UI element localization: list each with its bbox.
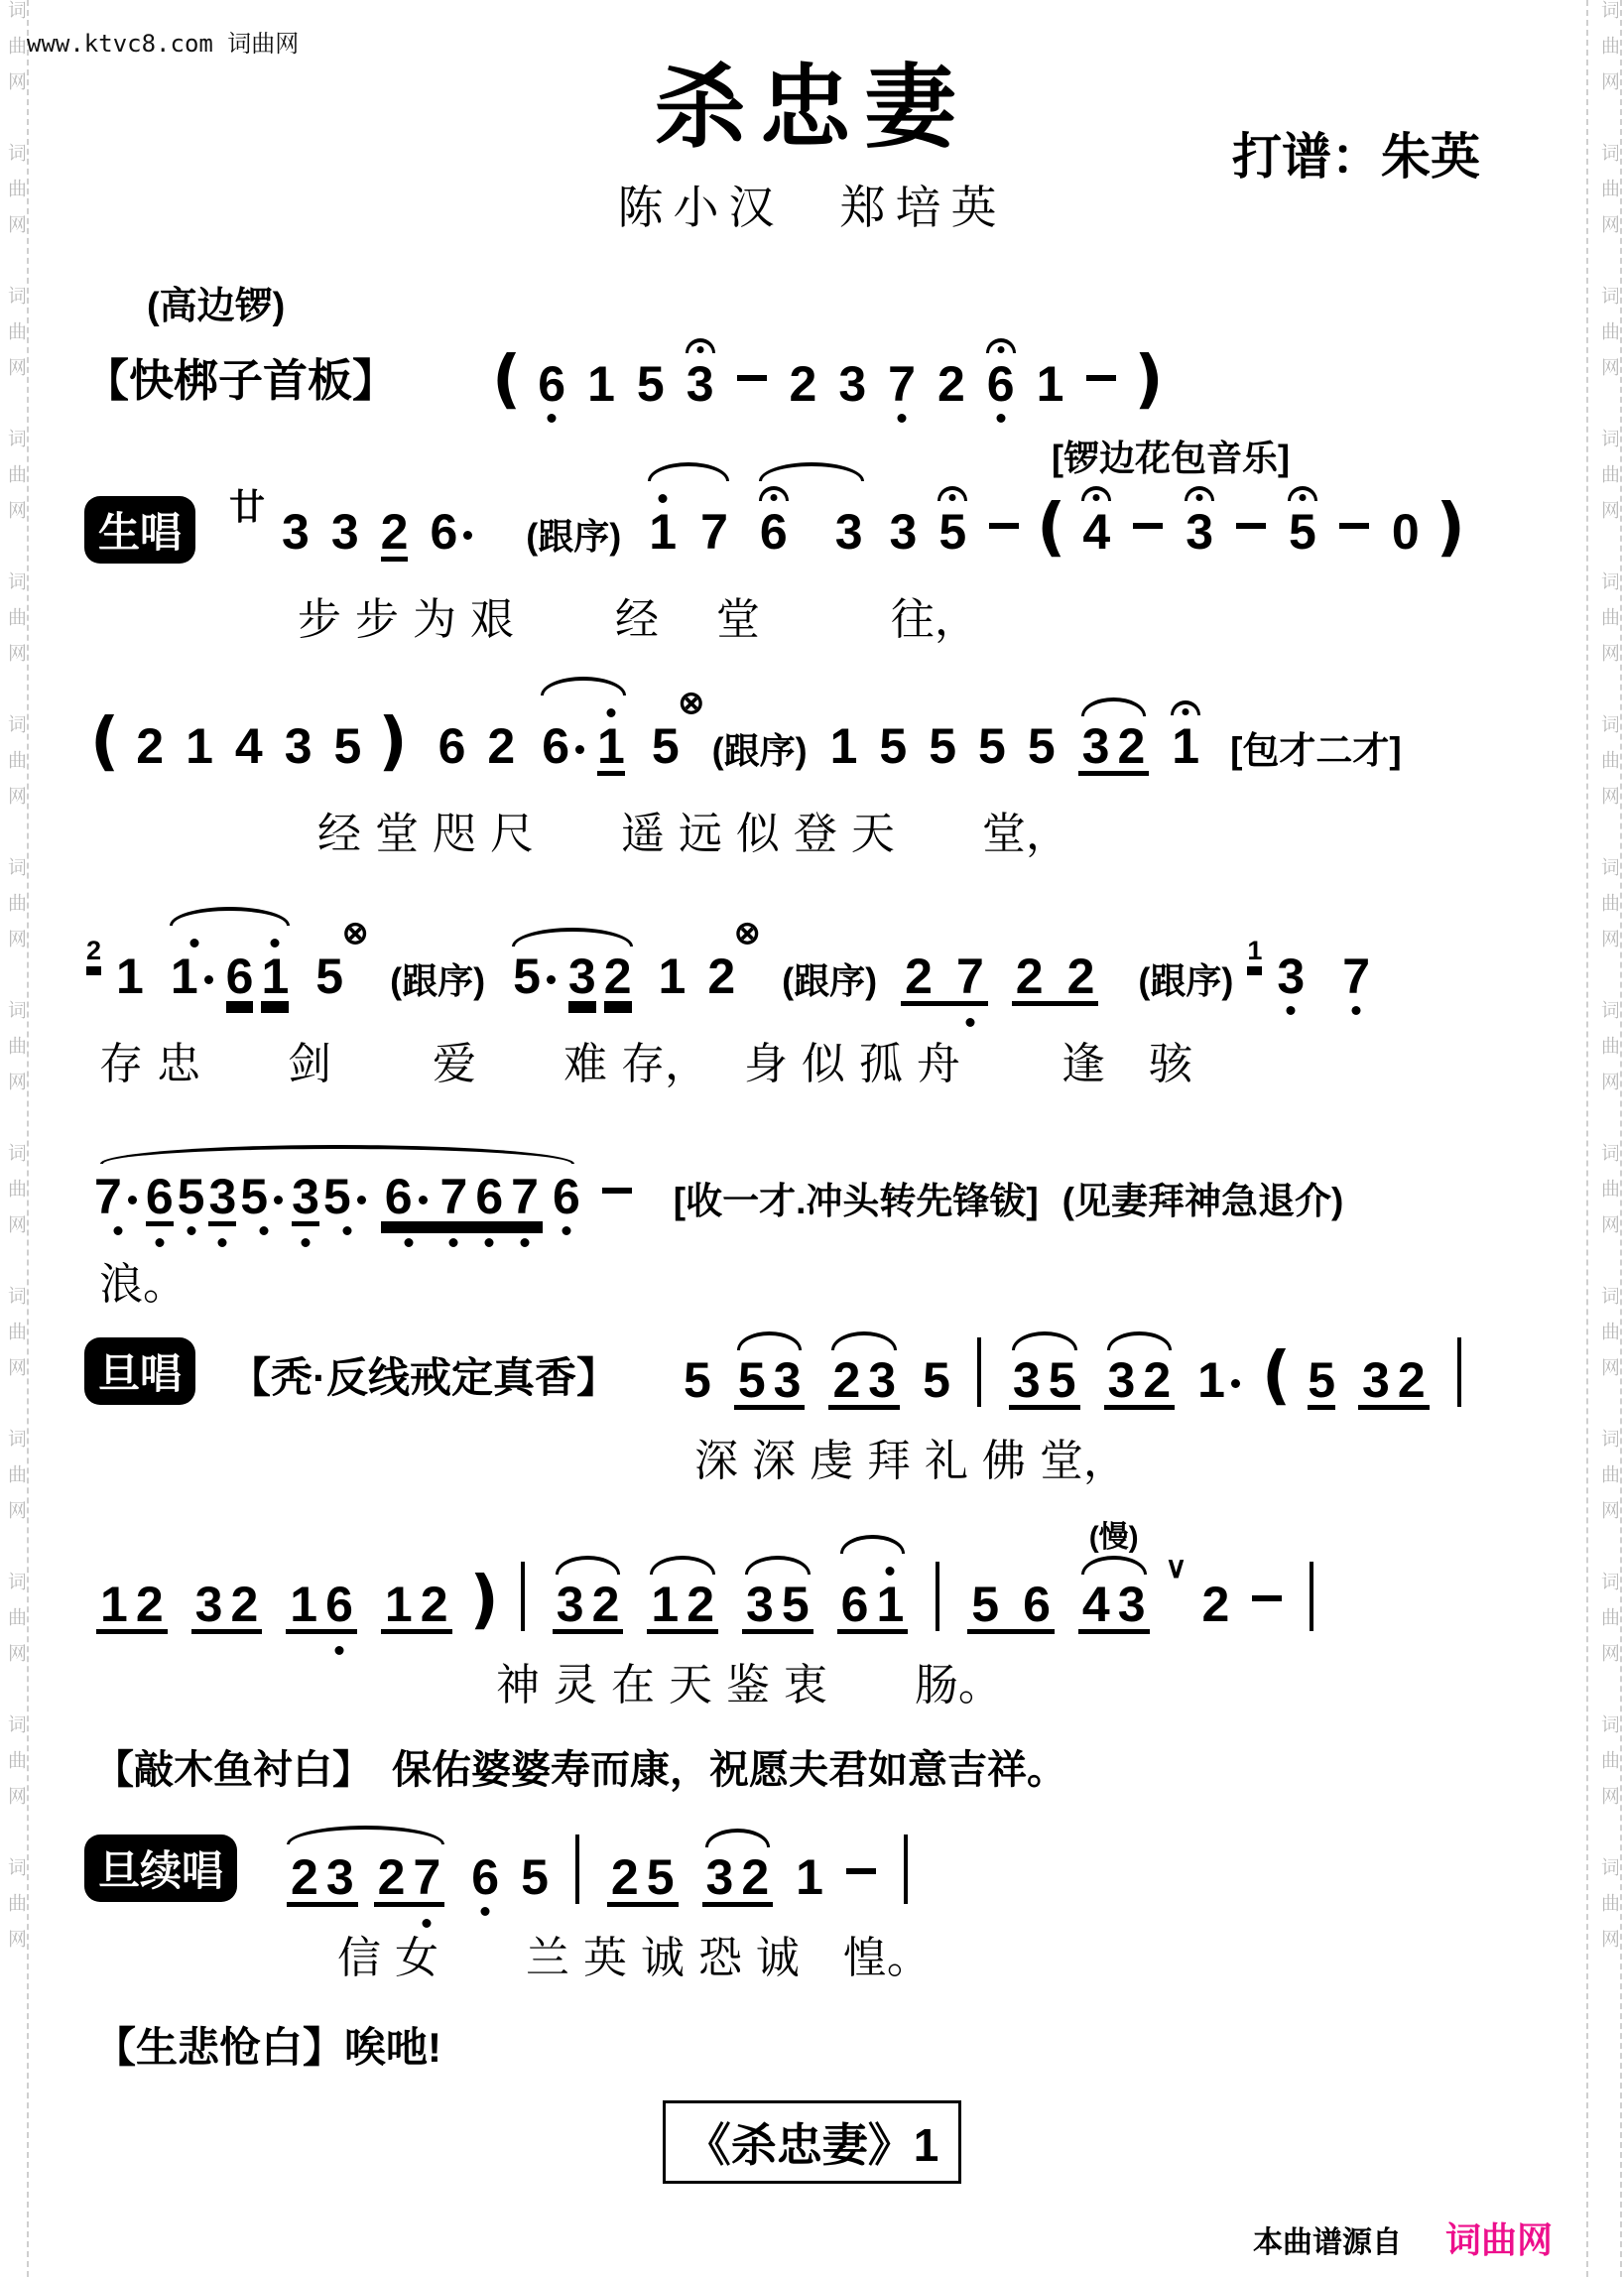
source-credit: 本曲谱源自词曲网 <box>1253 2213 1553 2263</box>
music-line: 旦续唱 23276525321 <box>0 1831 1624 1920</box>
note-number: 1 <box>597 721 625 771</box>
low-octave-dots <box>1287 1005 1296 1016</box>
group-row: 23 <box>828 1355 900 1405</box>
note-number-row: 3 <box>1186 507 1213 557</box>
note-number-row: 1 <box>876 1580 904 1629</box>
muyu-speech-line: 【敲木鱼衬白】 保佑婆婆寿而康，祝愿夫君如意吉祥。 <box>0 1738 1624 1795</box>
group-row: 61 <box>837 1580 909 1629</box>
note-number-row: 5 <box>1028 721 1056 771</box>
note-number: 2 <box>592 1580 620 1629</box>
group-row: 32 <box>1078 721 1150 771</box>
note-number-row: 1 <box>385 1580 413 1629</box>
group-row: 12 <box>96 1580 168 1629</box>
note-number: 1 <box>1172 721 1199 771</box>
note-number-row: 5 <box>178 1172 205 1221</box>
note-group: 32 <box>553 1580 624 1629</box>
note-number: 6 <box>475 1172 503 1221</box>
jianpu-note: 2 <box>1143 1355 1171 1405</box>
jianpu-note: 6 <box>471 1852 499 1902</box>
note-number-row: 7 <box>94 1172 142 1221</box>
credit-prefix: 本曲谱源自 <box>1253 2226 1402 2259</box>
high-octave-dots <box>606 707 615 718</box>
gong-label: (高边锣) <box>0 275 1624 329</box>
note-number-row: 3 <box>774 1355 802 1405</box>
jianpu-note: 1 <box>649 507 677 557</box>
note-number-row: 2 <box>1398 1355 1426 1405</box>
jianpu-note: 2 <box>741 1852 769 1902</box>
group-row: 35 <box>742 1580 813 1629</box>
percussion-label: (见妻拜神急退介) <box>1062 1171 1344 1224</box>
note-number-row: 2 <box>291 1852 318 1902</box>
group-row: 23 <box>287 1852 358 1902</box>
note-number-row: 4 <box>1082 507 1110 557</box>
notation-row: 21161⊗5(跟序)5321⊗2(跟序)2722(跟序)137 <box>84 951 1381 1008</box>
note-number-row: 3 <box>326 1852 354 1902</box>
octave-dot <box>155 1238 164 1247</box>
note-number-row: 7 <box>440 1172 468 1221</box>
fermata-icon <box>1081 486 1111 501</box>
note-number-row: 1 <box>651 1580 679 1629</box>
octave-dot <box>481 1907 490 1916</box>
group-row: 32 <box>553 1580 624 1629</box>
jianpu-note: 1 <box>1037 359 1064 409</box>
slur <box>648 462 729 481</box>
note-number-row: 2 <box>230 1580 258 1629</box>
note-number: 5 <box>938 507 966 557</box>
note-number: 1 <box>796 1852 823 1902</box>
note-number: 5 <box>738 1355 766 1405</box>
note-number: 2 <box>905 951 933 1001</box>
note-group: 63 <box>756 507 867 557</box>
parenthesis: ) <box>378 714 407 772</box>
jianpu-note: 3 <box>835 507 863 557</box>
note-number-row: 5 <box>684 1355 711 1405</box>
slur <box>737 1331 803 1350</box>
note-number-row: 5 <box>1289 507 1316 557</box>
note-group: 532 <box>509 951 635 1001</box>
lyrics-line: 步 步 为 艰 经 堂 往， <box>0 583 1624 647</box>
jianpu-note: 1 <box>290 1580 317 1629</box>
low-octave-dots <box>423 1918 432 1929</box>
note-number-row: 4 <box>235 721 263 771</box>
low-octave-dots <box>187 1225 195 1236</box>
note-ornaments <box>986 338 1016 356</box>
group-row: 161 <box>167 951 293 1001</box>
octave-dot <box>886 1567 895 1576</box>
jianpu-note: 1 <box>171 951 218 1001</box>
note-number-row: 2 <box>832 1355 860 1405</box>
note-number-row: 1 <box>290 1580 317 1629</box>
note-number-row: 2 <box>136 1580 164 1629</box>
note-group: 32 <box>1358 1355 1430 1405</box>
note-number: 2 <box>741 1852 769 1902</box>
note-number: 2 <box>136 721 164 771</box>
note-number-row: 2 <box>1067 951 1095 1001</box>
octave-dot <box>548 414 557 423</box>
jianpu-note: 1 <box>830 721 858 771</box>
jianpu-note: 6 <box>430 507 477 557</box>
note-number: 1 <box>649 507 677 557</box>
note-number: 3 <box>208 1172 236 1221</box>
parenthesis: ( <box>1262 1348 1291 1406</box>
octave-dot <box>965 1018 974 1027</box>
slur-span: 2327 <box>279 1852 452 1902</box>
jianpu-note: 1 <box>385 1580 413 1629</box>
low-octave-dots <box>485 1237 494 1248</box>
low-octave-dots <box>218 1237 227 1248</box>
note-ornaments <box>1081 486 1111 504</box>
sheng-speech-line: 【生悲怆白】唉吔! <box>0 2015 1624 2075</box>
note-number: 1 <box>587 359 615 409</box>
note-ornaments <box>271 938 280 949</box>
note-number-row: 6 <box>553 1172 580 1221</box>
high-octave-dots <box>189 938 198 949</box>
note-number-row: 3 <box>687 359 714 409</box>
jianpu-note: 6 <box>475 1172 503 1221</box>
jianpu-note: 6 <box>760 507 788 557</box>
note-number: 6 <box>987 359 1015 409</box>
note-number: 5 <box>923 1355 950 1405</box>
arranger-credit: 打谱：朱英 <box>1232 117 1480 189</box>
group-row: 32 <box>191 1580 263 1629</box>
note-number: 5 <box>240 1172 268 1221</box>
group-row: 17 <box>645 507 732 557</box>
barline <box>936 1562 939 1631</box>
augmentation-dot <box>419 1196 428 1204</box>
lyrics-line: 信 女 兰 英 诚 恐 诚 惶。 <box>0 1922 1624 1985</box>
note-number: 3 <box>835 507 863 557</box>
low-octave-dots <box>260 1225 269 1236</box>
jianpu-note: 2 <box>1016 951 1044 1001</box>
octave-dot <box>189 939 198 948</box>
octave-dot <box>404 1238 413 1247</box>
note-number-row: 1 <box>1037 359 1064 409</box>
jianpu-note: 3 <box>557 1580 584 1629</box>
jianpu-note: 3 <box>868 1355 896 1405</box>
note-number-row: 6 <box>471 1852 499 1902</box>
jianpu-note: 7 <box>440 1172 468 1221</box>
note-number: 2 <box>1201 1580 1229 1629</box>
augmentation-dot <box>1231 1379 1240 1388</box>
note-group: 61 <box>837 1580 909 1629</box>
slur <box>759 462 864 481</box>
note-number: 3 <box>868 1355 896 1405</box>
note-number: 3 <box>331 507 359 557</box>
note-number-row: 1 <box>649 507 677 557</box>
parenthesis: ( <box>90 714 119 772</box>
note-number: 6 <box>226 951 254 1001</box>
note-number: 3 <box>1108 1355 1136 1405</box>
lyrics-line: 经 堂 咫 尺 遥 远 似 登 天 堂， <box>0 798 1624 861</box>
jianpu-note: 6 <box>538 359 565 409</box>
augmentation-dot <box>128 1196 137 1204</box>
lyrics-line: 深 深 虔 拜 礼 佛 堂， <box>0 1425 1624 1488</box>
jianpu-note: 2 <box>937 359 965 409</box>
note-number: 1 <box>171 951 198 1001</box>
group-row: 12 <box>381 1580 452 1629</box>
augmentation-dot <box>357 1196 366 1204</box>
note-number: 5 <box>323 1172 351 1221</box>
group-row: 532 <box>509 951 635 1001</box>
note-number-row: 6 <box>841 1580 869 1629</box>
note-number-row: 5 <box>521 1852 549 1902</box>
note-number-row: 1 <box>659 951 687 1001</box>
jianpu-note: 1 <box>1172 721 1199 771</box>
note-number-row: 2 <box>381 507 409 557</box>
follow-sequence-label: (跟序) <box>712 723 808 774</box>
jianpu-note: 2 <box>378 1852 406 1902</box>
low-octave-dots <box>449 1237 458 1248</box>
role-badge-sheng: 生唱 <box>84 496 195 564</box>
note-number-row: 3 <box>568 951 596 1001</box>
note-group: 23 <box>287 1852 358 1902</box>
jianpu-note: 6 <box>438 721 466 771</box>
octave-dot <box>996 414 1005 423</box>
note-number: 3 <box>282 507 310 557</box>
slur <box>1012 1331 1077 1350</box>
jianpu-note: 5 <box>1289 507 1316 557</box>
jianpu-note: 5 <box>240 1172 288 1221</box>
site-watermark: www.ktvc8.com 词曲网 <box>27 24 299 59</box>
note-number-row: 5 <box>323 1172 371 1221</box>
barline <box>1310 1562 1313 1631</box>
octave-dot <box>1352 1006 1361 1015</box>
jianpu-note: 6 <box>1023 1580 1051 1629</box>
jianpu-note: 1 <box>876 1580 904 1629</box>
jianpu-note: 6 <box>553 1172 580 1221</box>
slur <box>287 1826 444 1844</box>
note-number-row: 5 <box>637 359 665 409</box>
note-number: 6 <box>325 1580 353 1629</box>
slur <box>170 907 290 926</box>
jianpu-note: 1 <box>186 721 213 771</box>
note-number: 5 <box>684 1355 711 1405</box>
note-number-row: 1 <box>186 721 213 771</box>
jianpu-note: 2 <box>611 1852 639 1902</box>
low-octave-dots <box>301 1237 310 1248</box>
note-number-row: 6 <box>325 1580 353 1629</box>
note-number-row: 1 <box>796 1852 823 1902</box>
note-number: 3 <box>292 1172 319 1221</box>
note-number: 5 <box>978 721 1006 771</box>
note-number-row: 6 <box>1023 1580 1051 1629</box>
group-row: 27 <box>374 1852 445 1902</box>
note-number-row: 6 <box>438 721 466 771</box>
jianpu-note: 3 <box>208 1172 236 1221</box>
jianpu-note: 3 <box>292 1172 319 1221</box>
music-line: 【快梆子首板】 (6153237261) <box>0 337 1624 427</box>
parenthesis: ( <box>1037 500 1065 558</box>
note-number-row: 6 <box>430 507 477 557</box>
octave-dot <box>898 414 907 423</box>
high-octave-dots <box>659 493 668 504</box>
jianpu-note: 5 <box>323 1172 371 1221</box>
note-number: 5 <box>637 359 665 409</box>
note-number-row: 2 <box>1143 1355 1171 1405</box>
brand-name: 词曲网 <box>1445 2219 1553 2260</box>
jianpu-note: 2 <box>592 1580 620 1629</box>
follow-sequence-label: (跟序) <box>1138 953 1233 1004</box>
note-number-row: 3 <box>282 507 310 557</box>
jianpu-note: 3 <box>1118 1580 1146 1629</box>
note-number-row: 1 <box>261 951 289 1001</box>
lyrics-line: 神 灵 在 天 鉴 衷 肠。 <box>0 1649 1624 1712</box>
octave-dot <box>271 939 280 948</box>
barline <box>575 1834 579 1904</box>
note-group: 25 <box>607 1852 679 1902</box>
low-octave-dots <box>1352 1005 1361 1016</box>
notation-row: 廿3326(跟序)176335(4350) <box>229 500 1471 564</box>
note-number-row: 2 <box>937 359 965 409</box>
page-number-box: 《杀忠妻》1 <box>663 2100 962 2184</box>
fermata-icon <box>686 338 715 353</box>
jianpu-note: 1 <box>116 951 144 1001</box>
jianpu-note: 3 <box>687 359 714 409</box>
jianpu-note: 5 <box>178 1172 205 1221</box>
high-octave-dots <box>886 1566 895 1577</box>
note-group: 23 <box>828 1355 900 1405</box>
notation-row: 55323535321(532 <box>673 1337 1477 1406</box>
note-number-row: 3 <box>835 507 863 557</box>
note-group: 161 <box>167 951 293 1001</box>
note-number-row: 5 <box>971 1580 999 1629</box>
note-number-row: 1 <box>597 721 625 771</box>
octave-dot <box>562 1226 570 1235</box>
jianpu-note: 2 <box>1117 721 1145 771</box>
note-group: 32 <box>191 1580 263 1629</box>
note-number-row: 5 <box>782 1580 810 1629</box>
note-number: 2 <box>604 951 632 1001</box>
jianpu-note: 5 <box>978 721 1006 771</box>
jianpu-note: 1 <box>1197 1355 1245 1405</box>
low-octave-dots <box>965 1017 974 1028</box>
group-row: 16 <box>286 1580 357 1629</box>
note-number-row: 2 <box>592 1580 620 1629</box>
music-line: 21161⊗5(跟序)5321⊗2(跟序)2722(跟序)137 <box>0 937 1624 1026</box>
note-number: 7 <box>413 1852 440 1902</box>
jianpu-note: 0 <box>1392 507 1420 557</box>
note-number: 2 <box>378 1852 406 1902</box>
footer: 《杀忠妻》1 <box>0 2100 1624 2184</box>
note-number: 3 <box>557 1580 584 1629</box>
note-ornaments: ⊗ <box>316 917 343 949</box>
group-row: 25 <box>607 1852 679 1902</box>
note-number-row: 3 <box>285 721 312 771</box>
note-number: 4 <box>1082 1580 1110 1629</box>
jianpu-note: 4 <box>1082 507 1110 557</box>
jianpu-note: 7 <box>1342 951 1370 1001</box>
jianpu-note: 2 <box>381 507 409 557</box>
note-number: 3 <box>568 951 596 1001</box>
note-ornaments <box>686 338 715 356</box>
note-number: 2 <box>487 721 515 771</box>
jianpu-note: 4 <box>1082 1580 1110 1629</box>
slur <box>541 677 626 696</box>
jianpu-note: 5 <box>923 1355 950 1405</box>
note-group: 6767 <box>381 1172 543 1221</box>
note-number-row: 2 <box>378 1852 406 1902</box>
augmentation-dot <box>547 975 556 984</box>
jianpu-note: 6 <box>542 721 589 771</box>
note-ornaments <box>606 707 615 718</box>
note-number-row: 3 <box>292 1172 319 1221</box>
jianpu-note: 7 <box>956 951 984 1001</box>
note-ornaments <box>937 486 967 504</box>
jianpu-note: 3 <box>1013 1355 1041 1405</box>
note-number-row: 0 <box>1392 507 1420 557</box>
note-group: 32 <box>1078 721 1150 771</box>
jianpu-note: 5 <box>929 721 956 771</box>
circle-x-beat-icon: ⊗ <box>342 917 369 949</box>
group-row: 63 <box>756 507 867 557</box>
jianpu-note: 5 <box>334 721 362 771</box>
low-octave-dots <box>562 1225 570 1236</box>
note-number-row: 3 <box>195 1580 223 1629</box>
note-number: 2 <box>790 359 817 409</box>
note-number: 6 <box>430 507 457 557</box>
follow-sequence-label: (跟序) <box>390 953 485 1004</box>
group-row: 35 <box>1009 1355 1080 1405</box>
note-group: 12 <box>96 1580 168 1629</box>
note-group: 12 <box>381 1580 452 1629</box>
octave-dot <box>1287 1006 1296 1015</box>
octave-dot <box>485 1238 494 1247</box>
jianpu-note: 3 <box>838 359 866 409</box>
note-number-row: 2 <box>707 951 735 1001</box>
jianpu-note: 2 <box>421 1580 448 1629</box>
note-number-row: 5 <box>647 1852 675 1902</box>
note-number-row: 5 <box>1308 1355 1335 1405</box>
jianpu-note: 5 <box>684 1355 711 1405</box>
note-number: 5 <box>1049 1355 1076 1405</box>
note-number: 3 <box>326 1852 354 1902</box>
jianpu-note: 7 <box>94 1172 142 1221</box>
fermata-icon <box>759 486 789 501</box>
dash-note <box>1086 375 1116 381</box>
note-number: 1 <box>385 1580 413 1629</box>
note-number-row: 6 <box>542 721 589 771</box>
note-number-row: 2 <box>687 1580 714 1629</box>
note-number: 2 <box>1117 721 1145 771</box>
note-number: 3 <box>1118 1580 1146 1629</box>
note-number: 5 <box>652 721 680 771</box>
jianpu-note: 3 <box>568 951 596 1001</box>
jianpu-note: 5 <box>1028 721 1056 771</box>
octave-dot <box>334 1646 343 1655</box>
jianpu-note: ⊗2 <box>707 951 735 1001</box>
jianpu-note: 2 <box>905 951 933 1001</box>
group-row: 32 <box>702 1852 774 1902</box>
note-number: 3 <box>1082 721 1110 771</box>
note-number: 1 <box>100 1580 128 1629</box>
octave-dot <box>606 708 615 717</box>
slur <box>745 1556 811 1575</box>
note-number-row: 5 <box>1049 1355 1076 1405</box>
slur <box>705 1829 771 1847</box>
music-line: 12321612)3212356156(慢)43∨2 <box>0 1558 1624 1647</box>
note-group: 61 <box>538 721 629 771</box>
note-number: 1 <box>830 721 858 771</box>
note-number: 6 <box>385 1172 413 1221</box>
note-ornaments <box>1185 486 1214 504</box>
note-number: 1 <box>651 1580 679 1629</box>
augmentation-dot <box>274 1196 283 1204</box>
note-group: 32 <box>1104 1355 1176 1405</box>
note-group: 17 <box>645 507 732 557</box>
note-number: 3 <box>1013 1355 1041 1405</box>
note-number: 5 <box>178 1172 205 1221</box>
barline <box>904 1834 908 1904</box>
